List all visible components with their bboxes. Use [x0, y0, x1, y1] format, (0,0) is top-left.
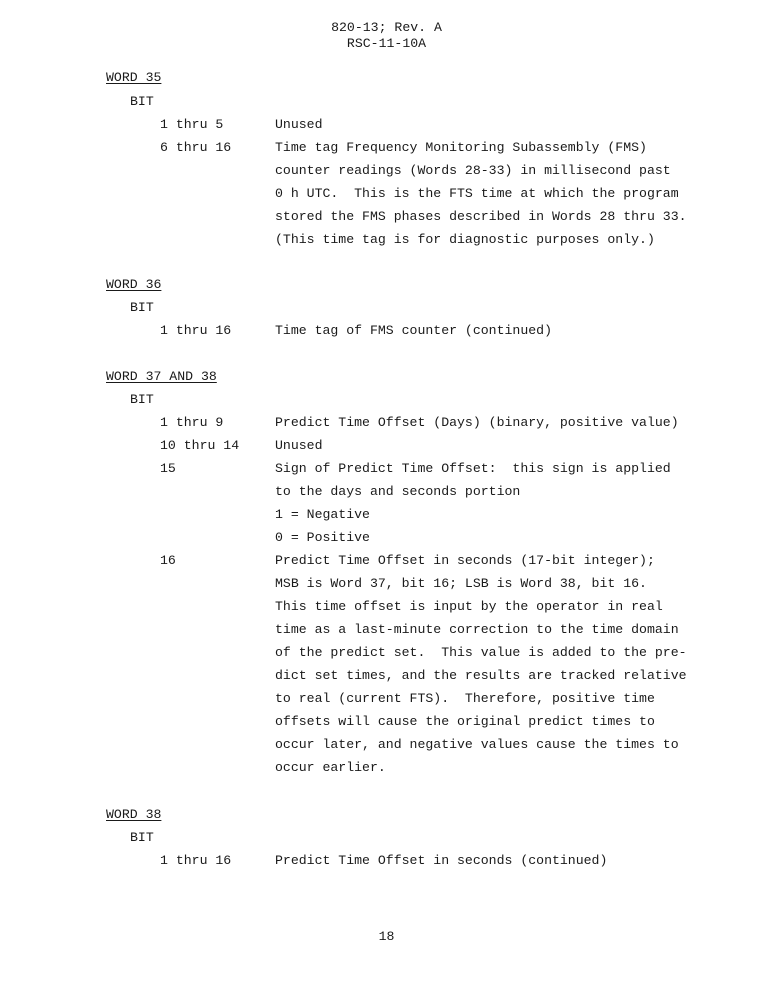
section-title-word-36: WORD 36 — [106, 277, 161, 292]
bit-description: Predict Time Offset (Days) (binary, posi… — [275, 411, 679, 434]
bit-range: 10 thru 14 — [160, 438, 239, 453]
bit-range: 16 — [160, 553, 176, 568]
bit-range: 1 thru 5 — [160, 117, 223, 132]
bit-description: Unused — [275, 113, 322, 136]
page-number: 18 — [0, 929, 773, 944]
document-code: RSC-11-10A — [0, 36, 773, 52]
bit-description: Predict Time Offset in seconds (continue… — [275, 849, 607, 872]
bit-description: Time tag Frequency Monitoring Subassembl… — [275, 136, 687, 251]
bit-label: BIT — [130, 830, 154, 845]
section-title-word-38: WORD 38 — [106, 807, 161, 822]
bit-label: BIT — [130, 392, 154, 407]
bit-range: 1 thru 9 — [160, 415, 223, 430]
section-title-word-35: WORD 35 — [106, 70, 161, 85]
bit-range: 1 thru 16 — [160, 853, 231, 868]
bit-label: BIT — [130, 300, 154, 315]
document-id: 820-13; Rev. A — [0, 20, 773, 36]
bit-range: 1 thru 16 — [160, 323, 231, 338]
bit-range: 6 thru 16 — [160, 140, 231, 155]
section-title-word-37-38: WORD 37 AND 38 — [106, 369, 217, 384]
bit-range: 15 — [160, 461, 176, 476]
bit-description: Unused — [275, 434, 322, 457]
bit-label: BIT — [130, 94, 154, 109]
bit-description: Time tag of FMS counter (continued) — [275, 319, 552, 342]
bit-description: Sign of Predict Time Offset: this sign i… — [275, 457, 671, 549]
bit-description: Predict Time Offset in seconds (17-bit i… — [275, 549, 687, 779]
